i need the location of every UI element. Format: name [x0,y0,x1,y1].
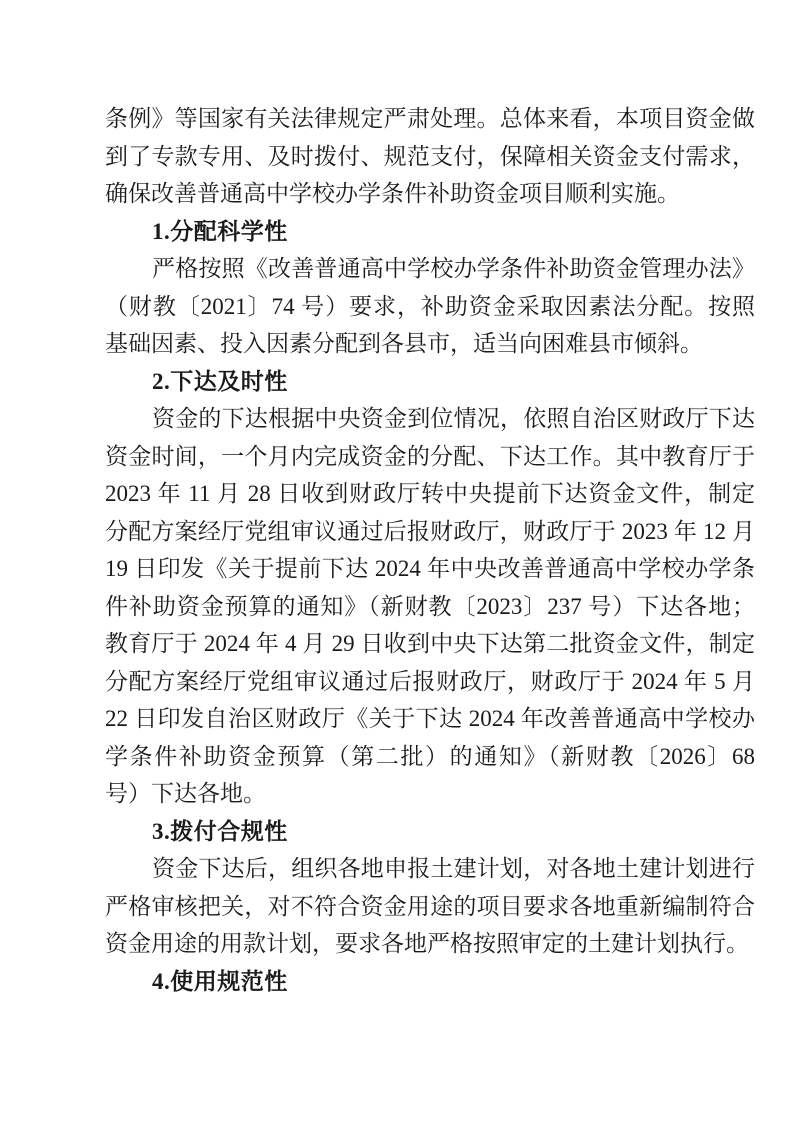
text-line: 资金用途的用款计划，要求各地严格按照审定的土建计划执行。 [105,925,755,963]
text-line: 件补助资金预算的通知》（新财教〔2023〕237 号）下达各地； [105,588,755,626]
text-line: 资金时间，一个月内完成资金的分配、下达工作。其中教育厅于 [105,438,755,476]
text-line: 号）下达各地。 [105,775,755,813]
text-line: 教育厅于 2024 年 4 月 29 日收到中央下达第二批资金文件，制定 [105,625,755,663]
document-page: 条例》等国家有关法律规定严肃处理。总体来看，本项目资金做到了专款专用、及时拨付、… [0,0,793,1122]
text-line: 确保改善普通高中学校办学条件补助资金项目顺利实施。 [105,175,755,213]
section-heading: 3.拨付合规性 [105,813,755,851]
document-body: 条例》等国家有关法律规定严肃处理。总体来看，本项目资金做到了专款专用、及时拨付、… [105,100,755,1000]
section-heading: 1.分配科学性 [105,213,755,251]
text-line: 严格按照《改善普通高中学校办学条件补助资金管理办法》 [105,250,755,288]
text-line: 到了专款专用、及时拨付、规范支付，保障相关资金支付需求， [105,138,755,176]
text-line: 分配方案经厅党组审议通过后报财政厅，财政厅于 2023 年 12 月 [105,513,755,551]
text-line: 2023 年 11 月 28 日收到财政厅转中央提前下达资金文件，制定 [105,475,755,513]
text-line: 资金下达后，组织各地申报土建计划，对各地土建计划进行 [105,850,755,888]
text-line: 19 日印发《关于提前下达 2024 年中央改善普通高中学校办学条 [105,550,755,588]
section-heading: 4.使用规范性 [105,963,755,1001]
text-line: （财教〔2021〕74 号）要求，补助资金采取因素法分配。按照 [105,288,755,326]
text-line: 学条件补助资金预算（第二批）的通知》（新财教〔2026〕68 [105,738,755,776]
text-line: 基础因素、投入因素分配到各县市，适当向困难县市倾斜。 [105,325,755,363]
section-heading: 2.下达及时性 [105,363,755,401]
text-line: 分配方案经厅党组审议通过后报财政厅，财政厅于 2024 年 5 月 [105,663,755,701]
text-line: 条例》等国家有关法律规定严肃处理。总体来看，本项目资金做 [105,100,755,138]
text-line: 22 日印发自治区财政厅《关于下达 2024 年改善普通高中学校办 [105,700,755,738]
text-line: 严格审核把关，对不符合资金用途的项目要求各地重新编制符合 [105,888,755,926]
text-line: 资金的下达根据中央资金到位情况，依照自治区财政厅下达 [105,400,755,438]
